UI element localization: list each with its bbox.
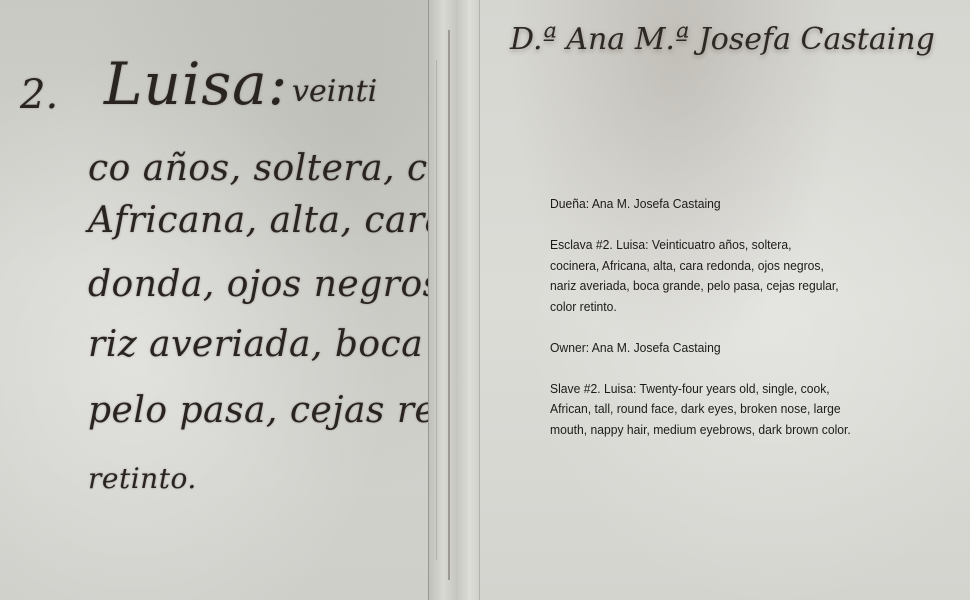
page-fold-seam bbox=[428, 0, 480, 600]
handwritten-line: veinti bbox=[292, 74, 377, 109]
entry-line-spanish: color retinto. bbox=[550, 297, 900, 318]
entry-line-english: mouth, nappy hair, medium eyebrows, dark… bbox=[550, 420, 900, 441]
owner-line-spanish: Dueña: Ana M. Josefa Castaing bbox=[550, 194, 900, 215]
fold-crease bbox=[448, 30, 450, 580]
entry-line-spanish: nariz averiada, boca grande, pelo pasa, … bbox=[550, 276, 900, 297]
handwritten-line: retinto. bbox=[88, 462, 197, 495]
entry-line-spanish: cocinera, Africana, alta, cara redonda, … bbox=[550, 256, 900, 277]
transcription-block: Dueña: Ana M. Josefa Castaing Esclava #2… bbox=[550, 194, 900, 440]
entry-line-spanish: Esclava #2. Luisa: Veinticuatro años, so… bbox=[550, 235, 900, 256]
entry-name: Luisa: bbox=[104, 50, 288, 118]
fold-crease bbox=[436, 60, 437, 560]
entry-line-english: African, tall, round face, dark eyes, br… bbox=[550, 399, 900, 420]
handwritten-page-left: 2. Luisa: veinti co años, soltera, cocin… bbox=[0, 0, 440, 600]
entry-line-english: Slave #2. Luisa: Twenty-four years old, … bbox=[550, 379, 900, 400]
handwritten-line: Africana, alta, cara bbox=[88, 200, 447, 241]
entry-number: 2. bbox=[20, 72, 58, 118]
owner-signature: D.ª Ana M.ª Josefa Castaing bbox=[510, 22, 935, 57]
owner-line-english: Owner: Ana M. Josefa Castaing bbox=[550, 338, 900, 359]
